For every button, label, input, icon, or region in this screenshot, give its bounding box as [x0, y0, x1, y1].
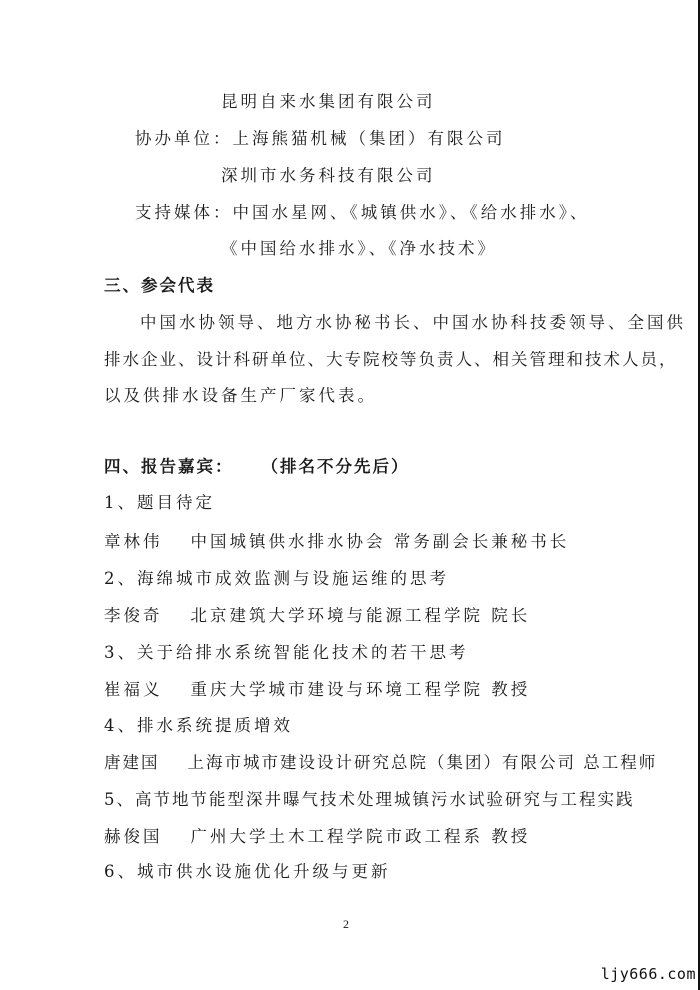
speaker-name: 章林伟: [104, 532, 163, 551]
speaker-row: 崔福义重庆大学城市建设与环境工程学院 教授: [104, 680, 530, 700]
speaker-affiliation: 上海市城市建设设计研究总院（集团）有限公司 总工程师: [188, 753, 658, 772]
speaker-name: 李俊奇: [104, 606, 163, 625]
section-4-note: （排名不分先后）: [262, 457, 410, 476]
section-4-heading: 四、报告嘉宾：: [104, 457, 234, 476]
media-label: 支持媒体：: [135, 203, 233, 222]
co-organizer-1: 上海熊猫机械（集团）有限公司: [233, 129, 506, 148]
talk-title: 2、海绵城市成效监测与设施运维的思考: [104, 569, 449, 589]
speaker-name: 赫俊国: [104, 827, 163, 846]
speaker-affiliation: 广州大学土木工程学院市政工程系 教授: [191, 827, 531, 846]
section-3-paragraph-line-1: 中国水协领导、地方水协秘书长、中国水协科技委领导、全国供: [140, 313, 686, 333]
co-organizers-label: 协办单位：: [135, 129, 233, 148]
talk-title: 4、排水系统提质增效: [104, 716, 293, 736]
speaker-row: 唐建国上海市城市建设设计研究总院（集团）有限公司 总工程师: [104, 753, 657, 773]
page-number: 2: [343, 917, 349, 932]
host-organizer-continued: 昆明自来水集团有限公司: [221, 92, 436, 112]
media-row: 支持媒体：中国水星网、《城镇供水》、《给水排水》、: [135, 203, 590, 223]
speaker-name: 唐建国: [104, 753, 160, 772]
talk-title: 3、关于给排水系统智能化技术的若干思考: [104, 643, 469, 663]
speaker-row: 李俊奇北京建筑大学环境与能源工程学院 院长: [104, 606, 530, 626]
speaker-row: 赫俊国广州大学土木工程学院市政工程系 教授: [104, 827, 530, 847]
document-page: 昆明自来水集团有限公司 协办单位：上海熊猫机械（集团）有限公司 深圳市水务科技有…: [0, 0, 698, 990]
speaker-affiliation: 北京建筑大学环境与能源工程学院 院长: [191, 606, 531, 625]
section-3-paragraph-line-3: 以及供排水设备生产厂家代表。: [104, 386, 377, 406]
speaker-affiliation: 中国城镇供水排水协会 常务副会长兼秘书长: [191, 532, 570, 551]
speaker-row: 章林伟中国城镇供水排水协会 常务副会长兼秘书长: [104, 532, 569, 552]
talk-title: 1、题目待定: [104, 493, 215, 513]
watermark: ljy666.com: [601, 965, 696, 983]
speaker-name: 崔福义: [104, 680, 163, 699]
talk-title: 5、高节地节能型深井曝气技术处理城镇污水试验研究与工程实践: [104, 790, 635, 810]
section-3-heading: 三、参会代表: [104, 276, 215, 296]
section-4-heading-row: 四、报告嘉宾：（排名不分先后）: [104, 457, 410, 477]
talk-title: 6、城市供水设施优化升级与更新: [104, 862, 391, 882]
media-list-2: 《中国给水排水》、《净水技术》: [221, 239, 497, 259]
speaker-affiliation: 重庆大学城市建设与环境工程学院 教授: [191, 680, 531, 699]
section-3-paragraph-line-2: 排水企业、设计科研单位、大专院校等负责人、相关管理和技术人员，: [104, 350, 678, 370]
co-organizer-2: 深圳市水务科技有限公司: [221, 166, 436, 186]
media-list-1: 中国水星网、《城镇供水》、《给水排水》、: [233, 203, 590, 222]
co-organizers-row: 协办单位：上海熊猫机械（集团）有限公司: [135, 129, 506, 149]
